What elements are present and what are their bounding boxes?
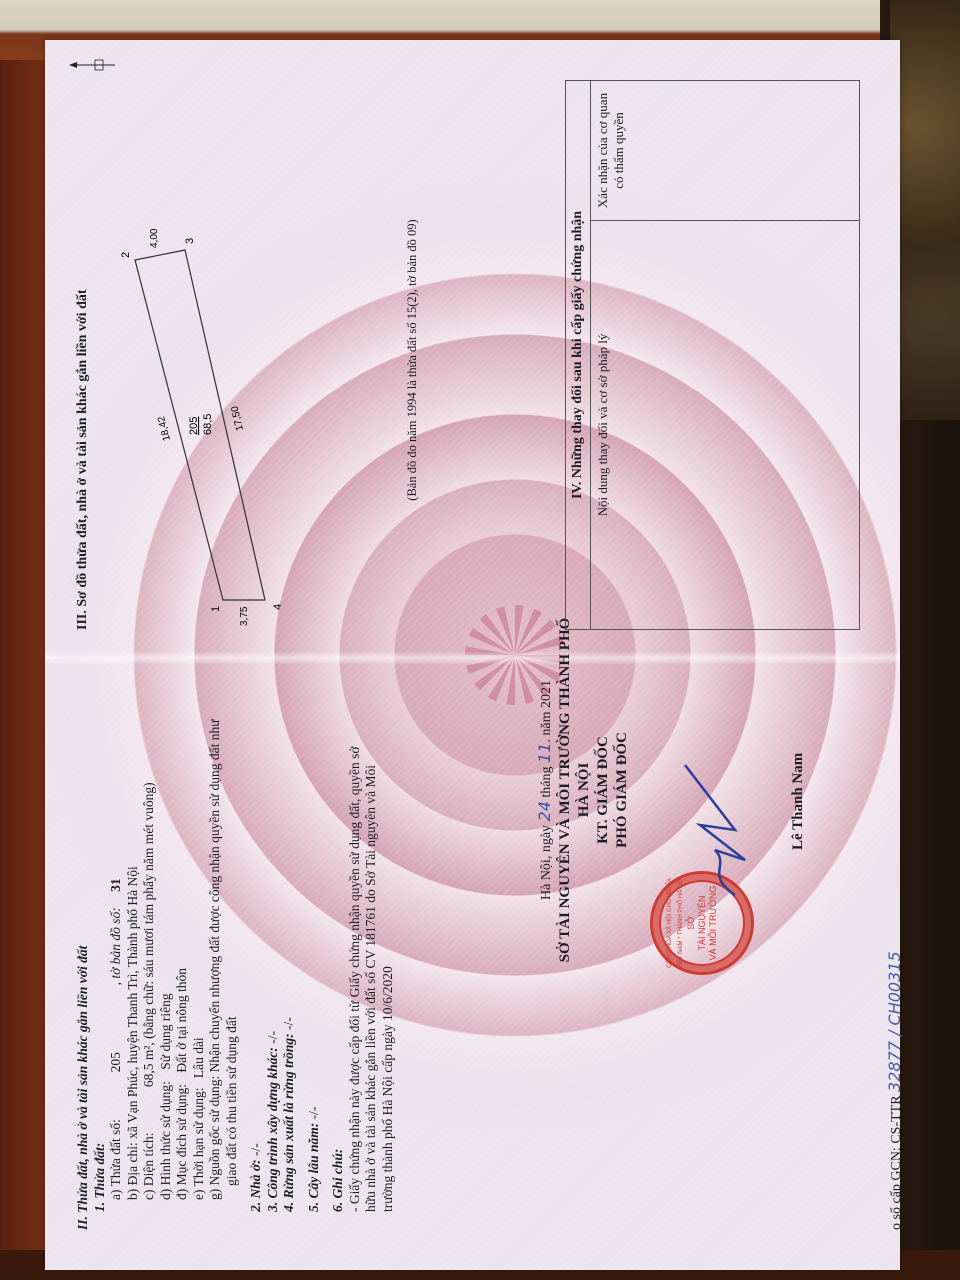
section-2-title: II. Thửa đất, nhà ở và tài sản khác gắn … (75, 690, 92, 1230)
issuing-authority: SỞ TÀI NGUYÊN VÀ MÔI TRƯỜNG THÀNH PHỐ HÀ… (556, 610, 594, 970)
parcel-heading: 1. Thửa đất: (92, 690, 109, 1230)
parcel-number: 205 (108, 1052, 123, 1072)
changes-table: IV. Những thay đổi sau khi cấp giấy chứn… (565, 80, 860, 630)
land-use-certificate: II. Thửa đất, nhà ở và tài sản khác gắn … (45, 40, 900, 1270)
north-arrow-icon (67, 55, 117, 75)
serial-handwritten: 32877 / CH00315 (885, 951, 904, 1092)
signer-position: PHÓ GIÁM ĐỐC (613, 610, 632, 970)
handwritten-signature (675, 760, 755, 900)
forest-row: 4. Rừng sản xuất là rừng trồng: -/- (281, 690, 298, 1230)
usage-form-row: d) Hình thức sử dụng: Sử dụng riêng (158, 690, 175, 1230)
confirmation-column-header: Xác nhận của cơ quan có thẩm quyền (591, 81, 860, 221)
svg-text:205: 205 (188, 417, 200, 435)
usage-form: Sử dụng riêng (158, 993, 173, 1069)
svg-text:4: 4 (272, 604, 284, 610)
svg-text:3: 3 (184, 238, 196, 244)
svg-text:68,5: 68,5 (202, 414, 214, 435)
section-4-title: IV. Những thay đổi sau khi cấp giấy chứn… (566, 81, 591, 630)
svg-text:3,75: 3,75 (239, 606, 250, 626)
changes-column-header: Nội dung thay đổi và cơ sở pháp lý (591, 221, 860, 630)
section-2: II. Thửa đất, nhà ở và tài sản khác gắn … (75, 690, 396, 1230)
svg-text:18,42: 18,42 (156, 415, 173, 442)
area: 68,5 m², (bằng chữ: sáu mươi tám phẩy nă… (141, 782, 156, 1087)
issue-month: 11 (535, 743, 554, 763)
notes-line: - Giấy chứng nhận này được cấp đổi từ Gi… (347, 690, 364, 1230)
origin-continued: giao đất có thu tiền sử dụng đất (224, 690, 241, 1230)
svg-text:17,50: 17,50 (229, 405, 245, 432)
svg-text:1: 1 (210, 606, 222, 612)
purpose: Đất ở tại nông thôn (174, 968, 189, 1073)
signer-authority: KT. GIÁM ĐỐC (594, 610, 613, 970)
parcel-number-row: a) Thửa đất số: 205 , tờ bản đồ số: 31 (108, 690, 125, 1230)
issue-day: 24 (535, 801, 554, 821)
notes-heading: 6. Ghi chú: (330, 690, 347, 1230)
parcel-diagram: 1 2 3 4 18,42 4,00 17,50 3,75 205 68,5 (115, 90, 375, 630)
issuance-block: Hà Nội, ngày 24 tháng 11. năm 2021 SỞ TÀ… (535, 610, 632, 970)
section-3-4: III. Sơ đồ thửa đất, nhà ở và tài sản kh… (75, 70, 91, 630)
map-note: (Bản đồ đo năm 1994 là thửa đất số 15(2)… (405, 90, 420, 630)
origin: Nhận chuyển nhượng đất được công nhận qu… (207, 719, 222, 1072)
term-row: e) Thời hạn sử dụng: Lâu dài (191, 690, 208, 1230)
house-row: 2. Nhà ở: -/- (248, 690, 265, 1230)
page-fold (45, 651, 900, 665)
signer-name: Lê Thanh Nam (790, 753, 807, 850)
perennial-row: 5. Cây lâu năm: -/- (306, 690, 323, 1230)
notes-line: hữu nhà ở và tài sản khác gắn liền với đ… (363, 690, 380, 1230)
svg-text:2: 2 (120, 252, 132, 258)
origin-row: g) Nguồn gốc sử dụng: Nhận chuyển nhượng… (207, 690, 224, 1230)
other-works-row: 3. Công trình xây dựng khác: -/- (265, 690, 282, 1230)
svg-text:4,00: 4,00 (149, 228, 160, 248)
term: Lâu dài (191, 1037, 206, 1078)
map-sheet-number: 31 (108, 878, 123, 892)
issue-date: Hà Nội, ngày 24 tháng 11. năm 2021 (535, 610, 556, 970)
section-3-title: III. Sơ đồ thửa đất, nhà ở và tài sản kh… (75, 70, 91, 630)
area-row: c) Diện tích: 68,5 m², (bằng chữ: sáu mư… (141, 690, 158, 1230)
notes-line: trường thành phố Hà Nội cấp ngày 10/6/20… (380, 690, 397, 1230)
purpose-row: đ) Mục đích sử dụng: Đất ở tại nông thôn (174, 690, 191, 1230)
address-row: b) Địa chỉ: xã Vạn Phúc, huyện Thanh Trì… (125, 690, 142, 1230)
address: xã Vạn Phúc, huyện Thanh Trì, Thành phố … (125, 866, 140, 1139)
certificate-serial: o sổ cấp GCN: CS-TTR 32877 / CH00315 (887, 951, 906, 1230)
